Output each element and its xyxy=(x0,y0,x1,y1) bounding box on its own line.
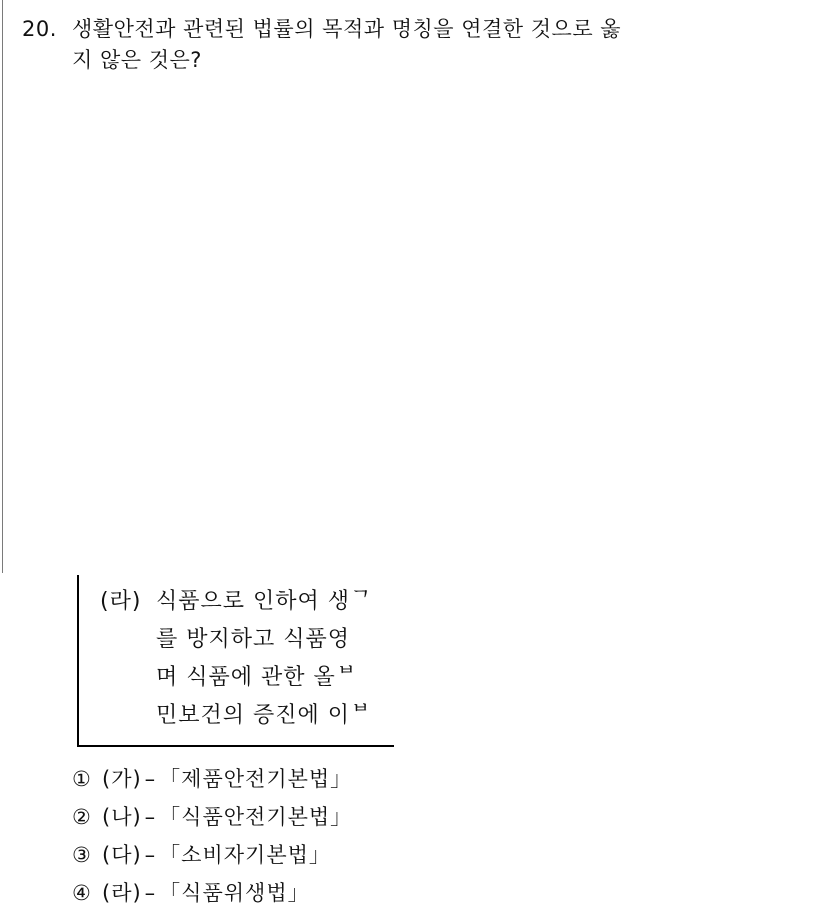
passage-line-1: (라)식품으로 인하여 생ᄀ xyxy=(100,583,394,621)
option-number-icon: ① xyxy=(72,760,102,798)
option-law: 「식품안전기본법」 xyxy=(159,805,352,829)
option-number-icon: ② xyxy=(72,798,102,836)
option-tag: (라) xyxy=(102,874,142,912)
option-tag: (나) xyxy=(102,798,142,836)
passage-line-text: 식품으로 인하여 생ᄀ xyxy=(156,589,372,614)
question-stem: 20.생활안전과 관련된 법률의 목적과 명칭을 연결한 것으로 옳 지 않은 … xyxy=(22,14,802,76)
option-tag: (가) xyxy=(102,760,142,798)
passage-line-4: 민보건의 증진에 이ᄇ xyxy=(100,697,394,735)
passage-line-2: 를 방지하고 식품영 xyxy=(100,621,394,659)
passage-box: (라)식품으로 인하여 생ᄀ 를 방지하고 식품영 며 식품에 관한 올ᄇ 민보… xyxy=(77,575,394,747)
passage-line-3: 며 식품에 관한 올ᄇ xyxy=(100,659,394,697)
question-line-1: 20.생활안전과 관련된 법률의 목적과 명칭을 연결한 것으로 옳 xyxy=(22,14,802,45)
option-4[interactable]: ④(라)–「식품위생법」 xyxy=(72,874,352,912)
option-3[interactable]: ③(다)–「소비자기본법」 xyxy=(72,836,352,874)
passage-label: (라) xyxy=(100,583,156,621)
question-text-line-2: 지 않은 것은? xyxy=(22,45,802,76)
option-tag: (다) xyxy=(102,836,142,874)
question-text-line-1: 생활안전과 관련된 법률의 목적과 명칭을 연결한 것으로 옳 xyxy=(72,17,621,41)
passage-text: (라)식품으로 인하여 생ᄀ 를 방지하고 식품영 며 식품에 관한 올ᄇ 민보… xyxy=(100,583,394,735)
page-border-left xyxy=(2,0,3,573)
option-number-icon: ③ xyxy=(72,836,102,874)
question-number: 20. xyxy=(22,14,72,45)
dash: – xyxy=(145,881,157,905)
option-law: 「소비자기본법」 xyxy=(159,843,331,867)
option-1[interactable]: ①(가)–「제품안전기본법」 xyxy=(72,760,352,798)
option-number-icon: ④ xyxy=(72,874,102,912)
dash: – xyxy=(145,805,157,829)
dash: – xyxy=(145,843,157,867)
option-law: 「제품안전기본법」 xyxy=(159,767,352,791)
dash: – xyxy=(145,767,157,791)
answer-options: ①(가)–「제품안전기본법」 ②(나)–「식품안전기본법」 ③(다)–「소비자기… xyxy=(72,760,352,912)
option-law: 「식품위생법」 xyxy=(159,881,309,905)
option-2[interactable]: ②(나)–「식품안전기본법」 xyxy=(72,798,352,836)
